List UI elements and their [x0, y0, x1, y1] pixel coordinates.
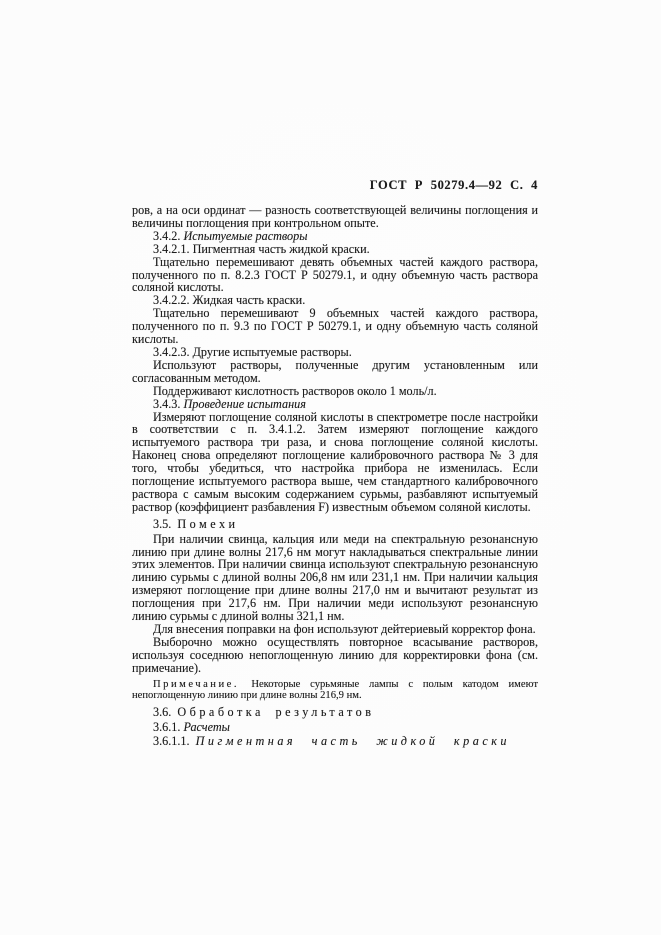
- paragraph: Используют растворы, полученные другим у…: [132, 359, 538, 385]
- paragraph: При наличии свинца, кальция или меди на …: [132, 533, 538, 623]
- document-body: ров, а на оси ординат — разность соответ…: [132, 204, 538, 748]
- scanned-page: ГОСТ Р 50279.4—92 С. 4 ров, а на оси орд…: [0, 0, 661, 935]
- paragraph: Измеряют поглощение соляной кислоты в сп…: [132, 411, 538, 514]
- text-run: Тщательно перемешивают 9 объемных частей…: [132, 306, 538, 346]
- section-title: Обработка результатов: [177, 705, 374, 719]
- paragraph: Выборочно можно осуществлять повторное в…: [132, 636, 538, 675]
- section-number: 3.6.1.: [153, 720, 183, 734]
- section-heading: 3.5. Помехи: [132, 518, 538, 531]
- page-header: ГОСТ Р 50279.4—92 С. 4: [132, 178, 538, 193]
- section-number: 3.4.2.: [153, 229, 183, 243]
- section-number: 3.6.1.1.: [153, 734, 193, 748]
- section-number: 3.4.3.: [153, 397, 183, 411]
- text-run: ров, а на оси ординат — разность соответ…: [132, 203, 538, 230]
- text-run: Для внесения поправки на фон используют …: [153, 622, 536, 636]
- section-title: Помехи: [177, 517, 238, 531]
- section-heading: 3.6.1.1. Пигментная часть жидкой краски: [132, 735, 538, 748]
- paragraph: ров, а на оси ординат — разность соответ…: [132, 204, 538, 230]
- text-run: Тщательно перемешивают девять объемных ч…: [132, 255, 538, 295]
- text-run: Выборочно можно осуществлять повторное в…: [132, 635, 538, 675]
- text-run: Используют растворы, полученные другим у…: [132, 358, 538, 385]
- text-run: 3.4.2.3. Другие испытуемые растворы.: [153, 345, 352, 359]
- text-run: Измеряют поглощение соляной кислоты в сп…: [132, 410, 538, 514]
- section-heading: 3.6. Обработка результатов: [132, 706, 538, 719]
- section-title: Пигментная часть жидкой краски: [196, 734, 510, 748]
- text-run: 3.4.2.1. Пигментная часть жидкой краски.: [153, 242, 370, 256]
- text-column: ГОСТ Р 50279.4—92 С. 4 ров, а на оси орд…: [132, 178, 538, 748]
- paragraph: Тщательно перемешивают 9 объемных частей…: [132, 307, 538, 346]
- text-run: При наличии свинца, кальция или меди на …: [132, 532, 538, 623]
- section-title: Расчеты: [183, 720, 229, 734]
- section-number: 3.5.: [153, 517, 174, 531]
- paragraph: Тщательно перемешивают девять объемных ч…: [132, 256, 538, 295]
- section-heading: 3.6.1. Расчеты: [132, 721, 538, 734]
- section-number: 3.6.: [153, 705, 174, 719]
- section-title: Проведение испытания: [183, 397, 305, 411]
- note-label: Примечание.: [153, 679, 251, 690]
- footnote: Примечание. Некоторые сурьмяные лампы с …: [132, 679, 538, 702]
- text-run: Поддерживают кислотность растворов около…: [153, 384, 437, 398]
- section-title: Испытуемые растворы: [183, 229, 307, 243]
- text-run: 3.4.2.2. Жидкая часть краски.: [153, 293, 305, 307]
